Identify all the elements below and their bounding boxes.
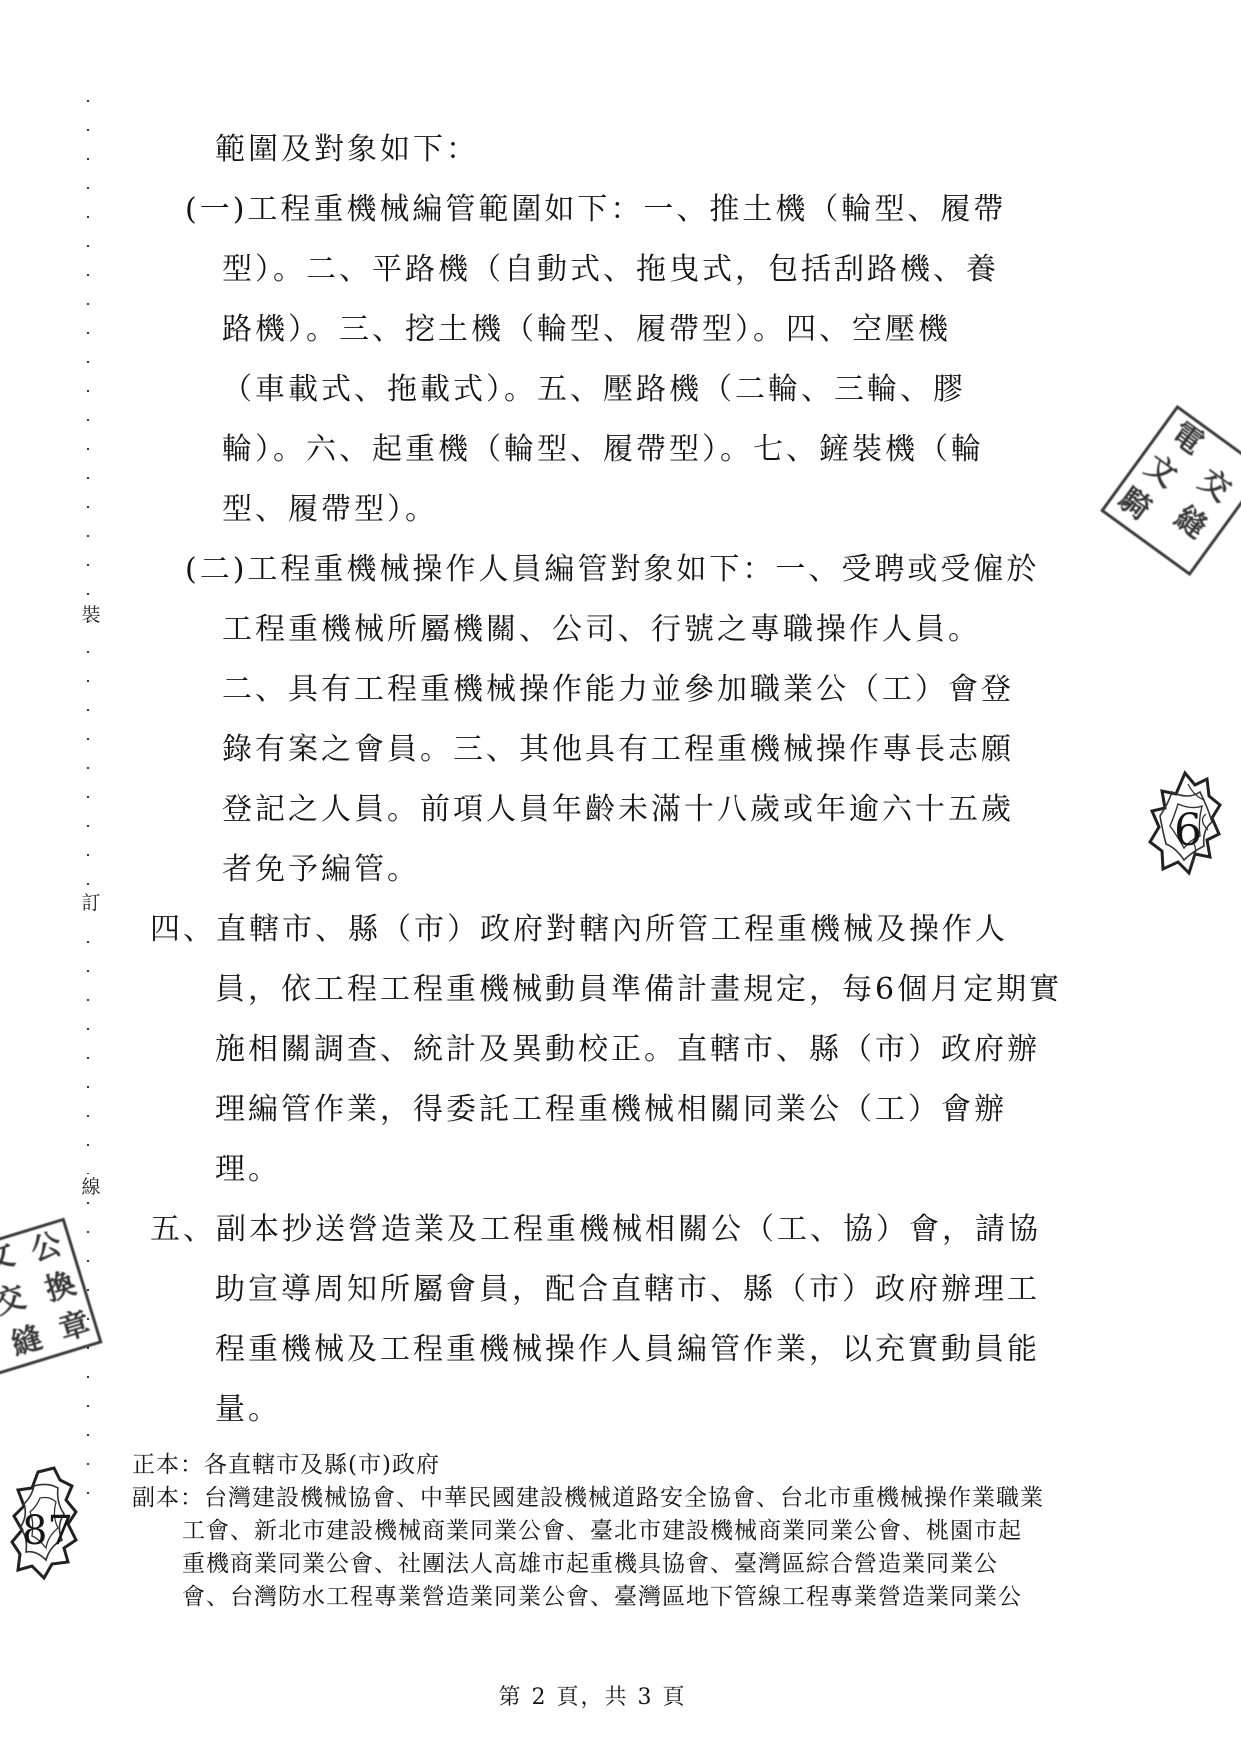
stamp-char: 縫: [1169, 502, 1211, 544]
stamp-char: 文: [1140, 451, 1182, 493]
body-line: 二、具有工程重機械操作能力並參加職業公（工）會登: [0, 660, 1241, 720]
copy-recipient-line: 工會、新北市建設機械商業同業公會、臺北市建設機械商業同業公會、桃園市起: [0, 1515, 1241, 1548]
body-line: 程重機械及工程重機械操作人員編管作業，以充實動員能: [0, 1320, 1241, 1380]
copy-recipient-line: 會、台灣防水工程專業營造業同業公會、臺灣區地下管線工程專業營造業同業公: [0, 1581, 1241, 1614]
body-line: 量。: [0, 1380, 1241, 1440]
recipients-block: 正本：各直轄市及縣(市)政府 副本：台灣建設機械協會、中華民國建設機械道路安全協…: [0, 1449, 1241, 1614]
body-line: 路機）。三、挖土機（輪型、履帶型）。四、空壓機: [0, 300, 1241, 360]
body-line: 登記之人員。前項人員年齡未滿十八歲或年逾六十五歲: [0, 780, 1241, 840]
original-recipient-line: 正本：各直轄市及縣(市)政府: [0, 1449, 1241, 1482]
body-line: 五、副本抄送營造業及工程重機械相關公（工、協）會，請協: [0, 1200, 1241, 1260]
stamp-char: 換: [42, 1269, 79, 1306]
body-line: 四、直轄市、縣（市）政府對轄內所管工程重機械及操作人: [0, 900, 1241, 960]
document-body: 範圍及對象如下： (一)工程重機械編管範圍如下：一、推土機（輪型、履帶 型）。二…: [0, 120, 1241, 1440]
body-line: 者免予編管。: [0, 840, 1241, 900]
stamp-char: 章: [56, 1309, 93, 1346]
body-line: 員，依工程工程重機械動員準備計畫規定，每6個月定期實: [0, 960, 1241, 1020]
stamp-char: 交: [0, 1282, 29, 1319]
body-line: 型、履帶型）。: [0, 480, 1241, 540]
body-line: 助宣導周知所屬會員，配合直轄市、縣（市）政府辦理工: [0, 1260, 1241, 1320]
page-number-footer: 第 2 頁，共 3 頁: [0, 1680, 1185, 1711]
document-page: 裝 訂 線 範圍及對象如下： (一)工程重機械編管範圍如下：一、推土機（輪型、履…: [0, 0, 1241, 1754]
body-line: (一)工程重機械編管範圍如下：一、推土機（輪型、履帶: [0, 180, 1241, 240]
copy-recipient-line: 重機商業同業公會、社團法人高雄市起重機具協會、臺灣區綜合營造業同業公: [0, 1548, 1241, 1581]
stamp-char: 騎: [1113, 484, 1155, 526]
body-line: 輪）。六、起重機（輪型、履帶型）。七、鏟裝機（輪: [0, 420, 1241, 480]
stamp-char: 縫: [8, 1323, 45, 1360]
stamp-char: 公: [28, 1229, 65, 1266]
stamp-char: 文: [0, 1240, 18, 1277]
crumple-seal-left: 87: [10, 1466, 80, 1584]
page-seal-number: 87: [22, 1508, 73, 1554]
body-line: 型）。二、平路機（自動式、拖曳式，包括刮路機、養: [0, 240, 1241, 300]
body-line: 理。: [0, 1140, 1241, 1200]
crumple-seal-right: 6: [1148, 770, 1222, 882]
body-line: 理編管作業，得委託工程重機械相關同業公（工）會辦: [0, 1080, 1241, 1140]
stamp-char: 電: [1166, 418, 1208, 460]
body-line: 錄有案之會員。三、其他具有工程重機械操作專長志願: [0, 720, 1241, 780]
page-seal-number: 6: [1174, 805, 1202, 856]
stamp-char: 交: [1193, 465, 1235, 507]
body-line: 範圍及對象如下：: [0, 120, 1241, 180]
body-line: 工程重機械所屬機關、公司、行號之專職操作人員。: [0, 600, 1241, 660]
body-line: (二)工程重機械操作人員編管對象如下：一、受聘或受僱於: [0, 540, 1241, 600]
copy-recipient-line: 副本：台灣建設機械協會、中華民國建設機械道路安全協會、台北市重機械操作業職業: [0, 1482, 1241, 1515]
body-line: （車載式、拖載式）。五、壓路機（二輪、三輪、膠: [0, 360, 1241, 420]
body-line: 施相關調查、統計及異動校正。直轄市、縣（市）政府辦: [0, 1020, 1241, 1080]
